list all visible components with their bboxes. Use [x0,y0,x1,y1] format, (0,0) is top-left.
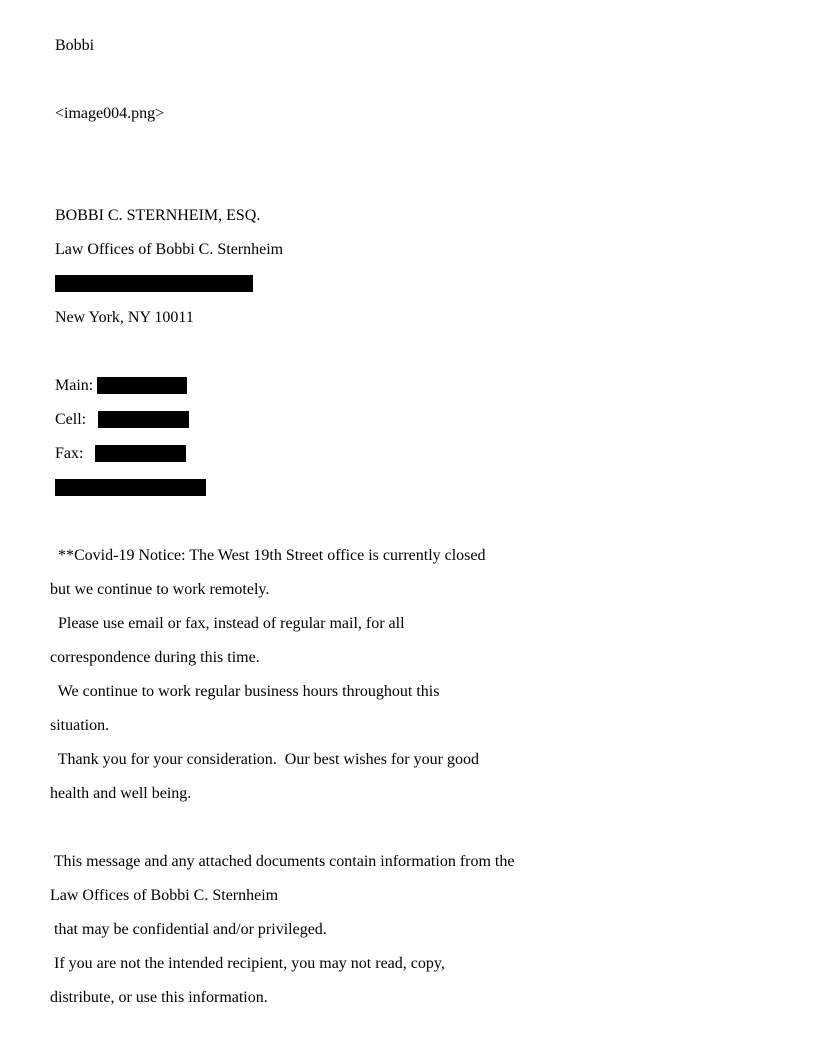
redacted-street-address [55,275,253,292]
main-phone-label: Main: [55,377,93,395]
redacted-cell-phone [98,411,189,428]
notice-line: health and well being. [50,785,191,803]
notice-line: correspondence during this time. [50,649,260,667]
disclaimer-line: distribute, or use this information. [50,989,268,1007]
notice-line: Thank you for your consideration. Our be… [50,751,479,769]
image-attachment-placeholder[interactable]: <image004.png> [55,105,164,123]
notice-line: situation. [50,717,109,735]
firm-name: Law Offices of Bobbi C. Sternheim [55,241,283,259]
disclaimer-line: Law Offices of Bobbi C. Sternheim [50,887,278,905]
attorney-name: BOBBI C. STERNHEIM, ESQ. [55,207,260,225]
redacted-main-phone [97,377,187,394]
redacted-email-address [55,479,206,496]
notice-line: We continue to work regular business hou… [50,683,439,701]
notice-line: **Covid-19 Notice: The West 19th Street … [50,547,486,565]
disclaimer-line: that may be confidential and/or privileg… [50,921,327,939]
redacted-fax-number [95,445,186,462]
notice-line: Please use email or fax, instead of regu… [50,615,405,633]
disclaimer-line: This message and any attached documents … [50,853,514,871]
city-state-zip: New York, NY 10011 [55,309,194,327]
cell-phone-label: Cell: [55,411,86,429]
disclaimer-line: If you are not the intended recipient, y… [50,955,445,973]
notice-line: but we continue to work remotely. [50,581,269,599]
sign-off: Bobbi [55,37,94,55]
fax-label: Fax: [55,445,83,463]
